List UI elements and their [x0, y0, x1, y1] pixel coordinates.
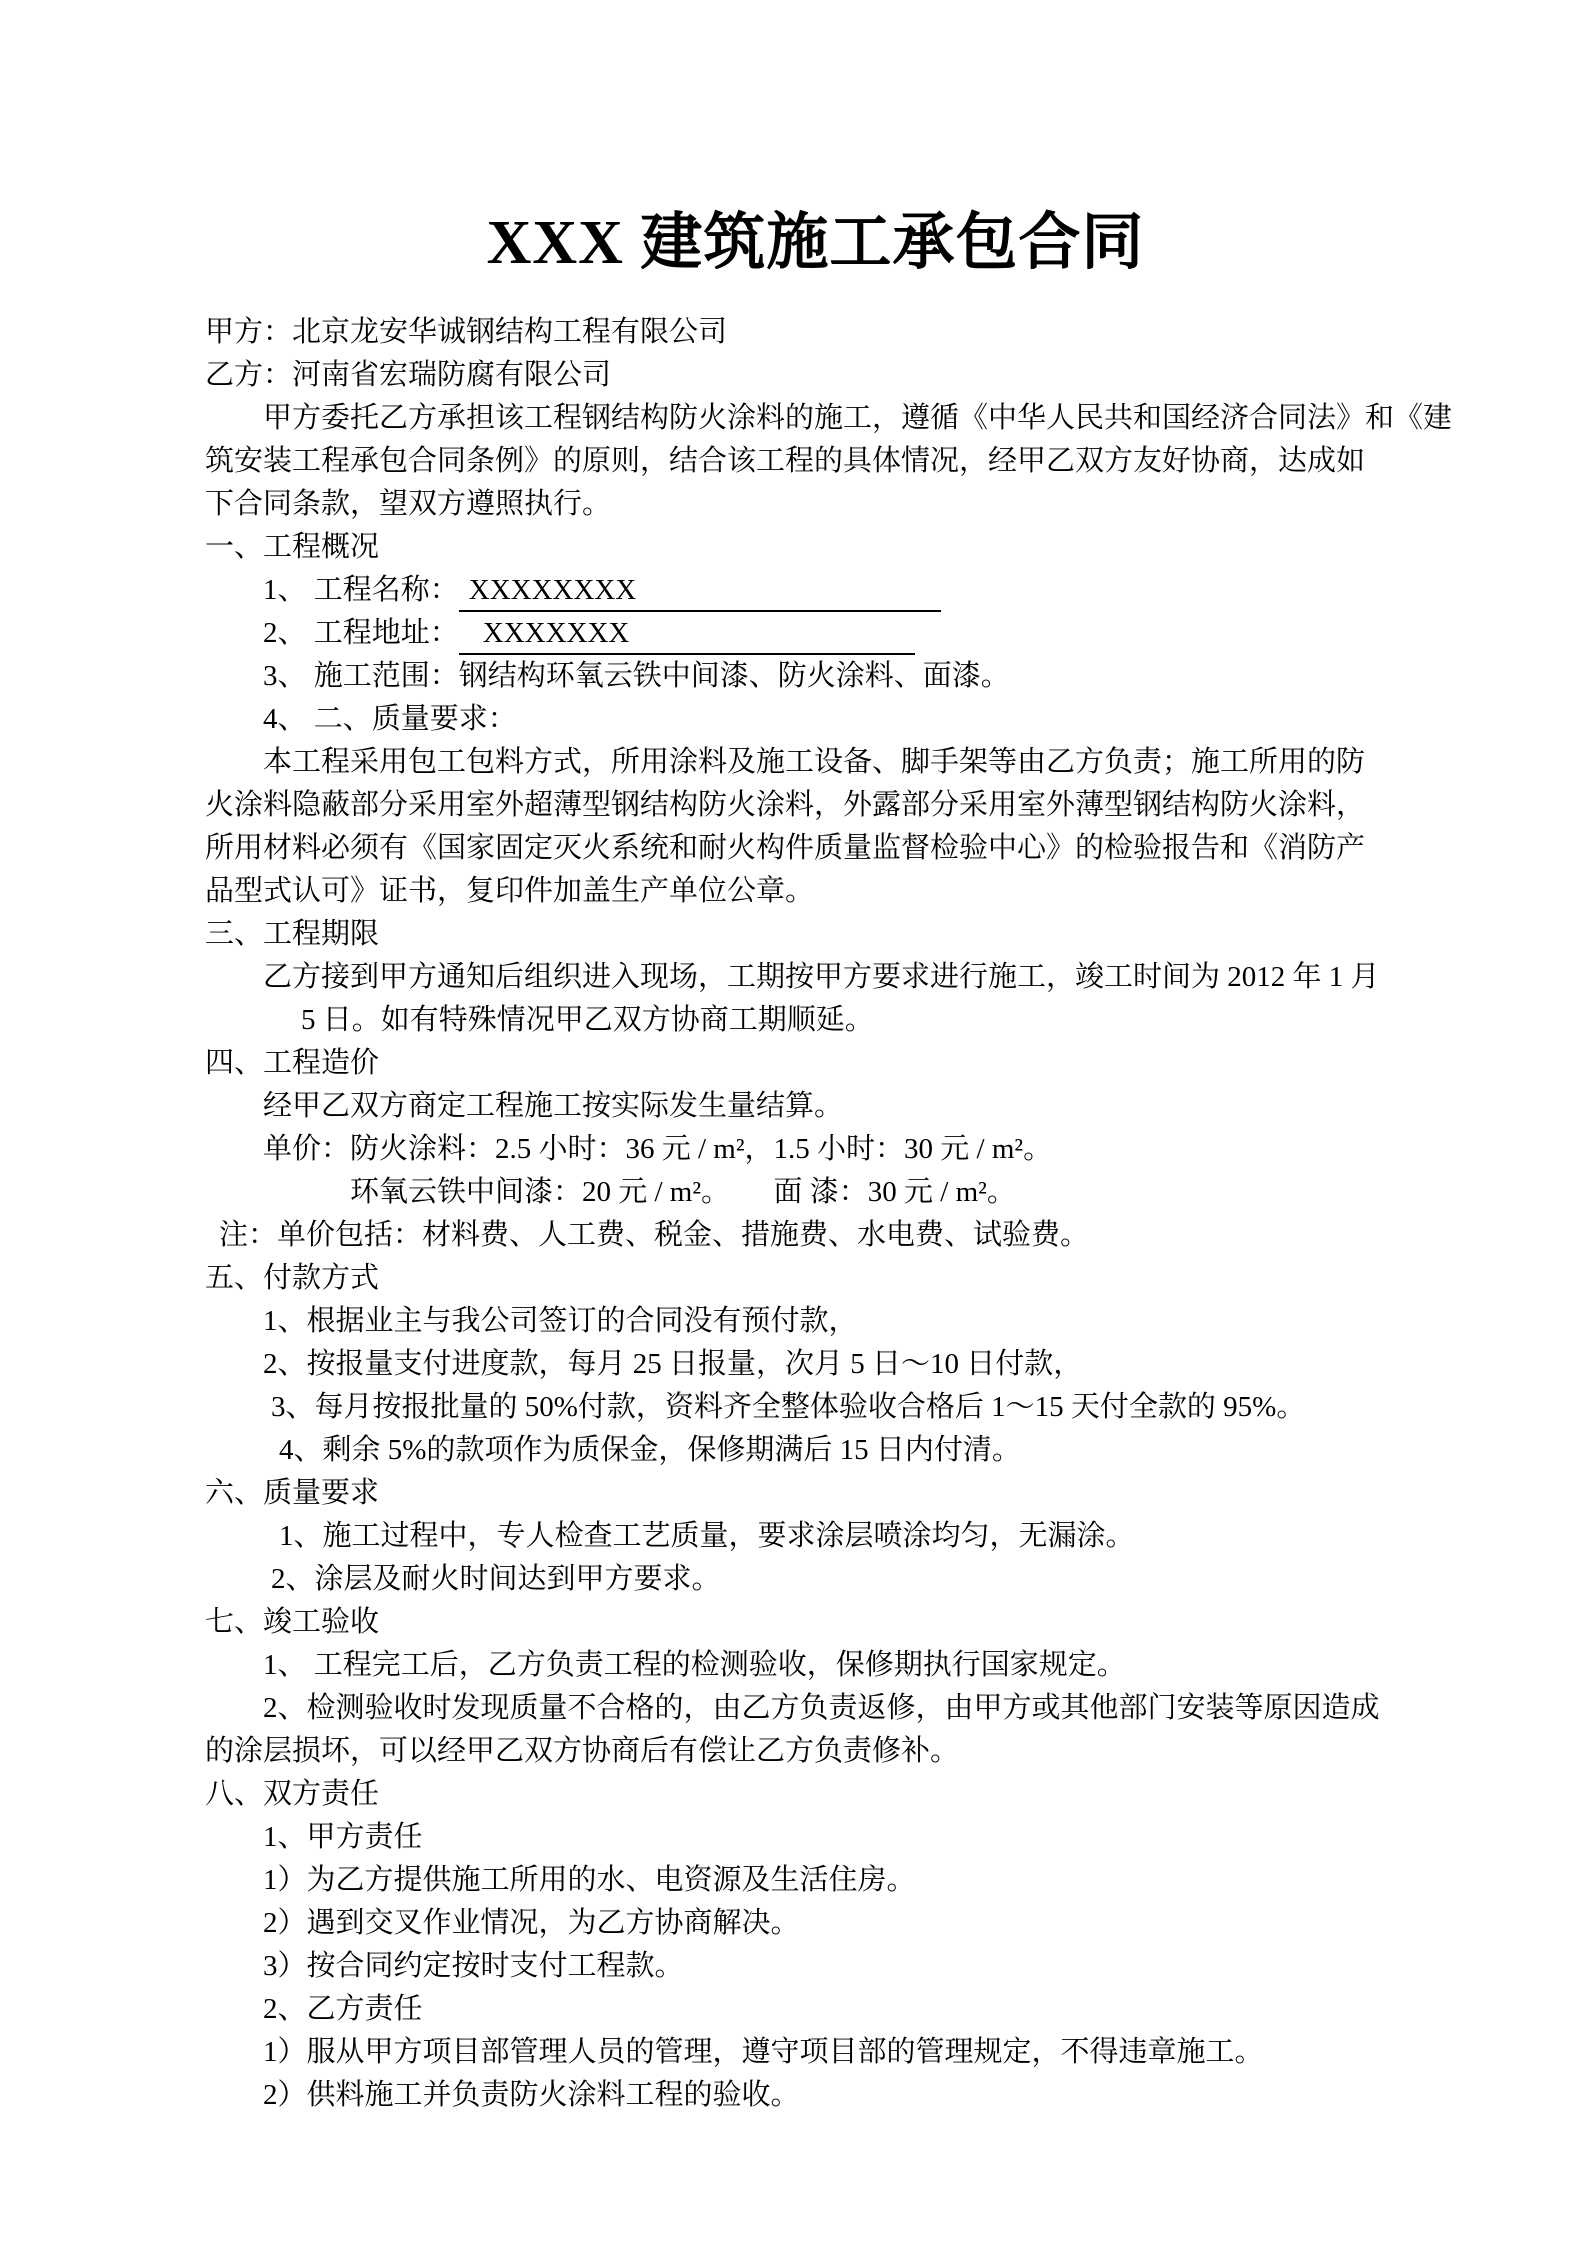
construction-scope-line: 3、 施工范围：钢结构环氧云铁中间漆、防火涂料、面漆。 [205, 655, 1426, 698]
party-b-duty-heading: 2、乙方责任 [205, 1988, 1426, 2031]
payment-item-2: 2、按报量支付进度款，每月 25 日报量，次月 5 日～10 日付款， [205, 1343, 1426, 1386]
intro-line-3: 下合同条款，望双方遵照执行。 [205, 483, 1426, 526]
project-address-value: XXXXXXX [483, 617, 630, 649]
section3-heading: 三、工程期限 [205, 913, 1426, 956]
quality-item-2: 2、涂层及耐火时间达到甲方要求。 [205, 1558, 1426, 1601]
payment-item-4: 4、剩余 5%的款项作为质保金，保修期满后 15 日内付清。 [205, 1429, 1426, 1472]
party-b-line: 乙方：河南省宏瑞防腐有限公司 [205, 354, 1426, 397]
acceptance-item-2-line-1: 2、检测验收时发现质量不合格的，由乙方负责返修，由甲方或其他部门安装等原因造成 [205, 1687, 1426, 1730]
project-name-label: 1、 工程名称： [263, 574, 459, 606]
payment-item-3: 3、每月按报批量的 50%付款，资料齐全整体验收合格后 1～15 天付全款的 9… [205, 1386, 1426, 1429]
contract-title: XXX 建筑施工承包合同 [205, 192, 1426, 281]
intro-line-1: 甲方委托乙方承担该工程钢结构防火涂料的施工，遵循《中华人民共和国经济合同法》和《… [205, 397, 1426, 440]
intermediate-paint-price-line: 环氧云铁中间漆：20 元 / m²。 面 漆：30 元 / m²。 [205, 1171, 1426, 1214]
party-a-line: 甲方：北京龙安华诚钢结构工程有限公司 [205, 311, 1426, 354]
section2-line-4: 品型式认可》证书，复印件加盖生产单位公章。 [205, 870, 1426, 913]
price-note-line: 注：单价包括：材料费、人工费、税金、措施费、水电费、试验费。 [205, 1214, 1426, 1257]
section5-heading: 五、付款方式 [205, 1257, 1426, 1300]
section7-heading: 七、竣工验收 [205, 1601, 1426, 1644]
unit-price-line: 单价：防火涂料：2.5 小时：36 元 / m²，1.5 小时：30 元 / m… [205, 1128, 1426, 1171]
settlement-line: 经甲乙双方商定工程施工按实际发生量结算。 [205, 1085, 1426, 1128]
section3-line-2: 5 日。如有特殊情况甲乙双方协商工期顺延。 [205, 999, 1426, 1042]
section3-line-1: 乙方接到甲方通知后组织进入现场，工期按甲方要求进行施工，竣工时间为 2012 年… [205, 956, 1426, 999]
project-address-label: 2、 工程地址： [263, 617, 459, 649]
party-a-duty-2: 2）遇到交叉作业情况，为乙方协商解决。 [205, 1902, 1426, 1945]
section8-heading: 八、双方责任 [205, 1773, 1426, 1816]
contract-document-page: XXX 建筑施工承包合同 甲方：北京龙安华诚钢结构工程有限公司 乙方：河南省宏瑞… [0, 0, 1586, 2244]
intro-line-2: 筑安装工程承包合同条例》的原则，结合该工程的具体情况，经甲乙双方友好协商，达成如 [205, 440, 1426, 483]
party-a-duty-heading: 1、甲方责任 [205, 1816, 1426, 1859]
party-b-duty-2: 2）供料施工并负责防火涂料工程的验收。 [205, 2074, 1426, 2117]
project-name-blank-field: XXXXXXXX [459, 570, 941, 612]
project-address-line: 2、 工程地址：XXXXXXX [205, 612, 1426, 655]
party-a-duty-3: 3）按合同约定按时支付工程款。 [205, 1945, 1426, 1988]
section4-heading: 四、工程造价 [205, 1042, 1426, 1085]
section6-heading: 六、质量要求 [205, 1472, 1426, 1515]
quality-requirement-heading-line: 4、 二、质量要求： [205, 698, 1426, 741]
section1-heading: 一、工程概况 [205, 526, 1426, 569]
project-name-value: XXXXXXXX [469, 574, 637, 606]
acceptance-item-2-line-2: 的涂层损坏，可以经甲乙双方协商后有偿让乙方负责修补。 [205, 1730, 1426, 1773]
acceptance-item-1: 1、 工程完工后，乙方负责工程的检测验收，保修期执行国家规定。 [205, 1644, 1426, 1687]
payment-item-1: 1、根据业主与我公司签订的合同没有预付款， [205, 1300, 1426, 1343]
section2-line-3: 所用材料必须有《国家固定灭火系统和耐火构件质量监督检验中心》的检验报告和《消防产 [205, 827, 1426, 870]
section2-line-2: 火涂料隐蔽部分采用室外超薄型钢结构防火涂料，外露部分采用室外薄型钢结构防火涂料， [205, 784, 1426, 827]
project-address-blank-field: XXXXXXX [459, 613, 915, 655]
party-a-duty-1: 1）为乙方提供施工所用的水、电资源及生活住房。 [205, 1859, 1426, 1902]
project-name-line: 1、 工程名称：XXXXXXXX [205, 569, 1426, 612]
quality-item-1: 1、施工过程中，专人检查工艺质量，要求涂层喷涂均匀，无漏涂。 [205, 1515, 1426, 1558]
party-b-duty-1: 1）服从甲方项目部管理人员的管理，遵守项目部的管理规定，不得违章施工。 [205, 2031, 1426, 2074]
section2-line-1: 本工程采用包工包料方式，所用涂料及施工设备、脚手架等由乙方负责；施工所用的防 [205, 741, 1426, 784]
